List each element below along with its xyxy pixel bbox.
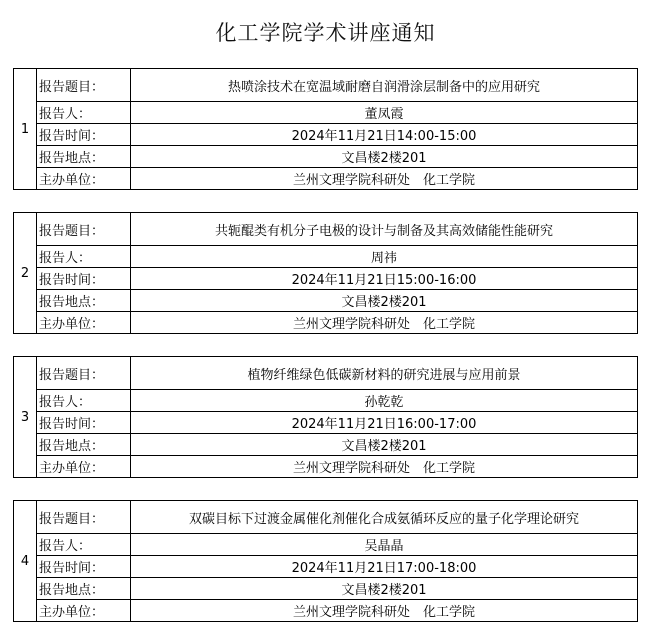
time-value: 2024年11月21日15:00-16:00 bbox=[131, 268, 638, 290]
time-label: 报告时间： bbox=[37, 268, 131, 290]
lecture-table-2: 2 报告题目： 共轭醌类有机分子电极的设计与制备及其高效储能性能研究 报告人： … bbox=[13, 212, 638, 334]
time-label: 报告时间： bbox=[37, 412, 131, 434]
topic-label: 报告题目： bbox=[37, 69, 131, 102]
organizer-value: 兰州文理学院科研处 化工学院 bbox=[131, 600, 638, 622]
location-label: 报告地点： bbox=[37, 434, 131, 456]
lecture-number: 4 bbox=[14, 501, 37, 622]
lecture-table-1: 1 报告题目： 热喷涂技术在宽温域耐磨自润滑涂层制备中的应用研究 报告人： 董凤… bbox=[13, 68, 638, 190]
speaker-value: 董凤霞 bbox=[131, 102, 638, 124]
lecture-number: 2 bbox=[14, 213, 37, 334]
location-label: 报告地点： bbox=[37, 290, 131, 312]
lecture-table-3: 3 报告题目： 植物纤维绿色低碳新材料的研究进展与应用前景 报告人： 孙乾乾 报… bbox=[13, 356, 638, 478]
speaker-label: 报告人： bbox=[37, 246, 131, 268]
speaker-label: 报告人： bbox=[37, 102, 131, 124]
topic-value: 双碳目标下过渡金属催化剂催化合成氨循环反应的量子化学理论研究 bbox=[131, 501, 638, 534]
time-label: 报告时间： bbox=[37, 124, 131, 146]
time-value: 2024年11月21日16:00-17:00 bbox=[131, 412, 638, 434]
location-value: 文昌楼2楼201 bbox=[131, 434, 638, 456]
location-label: 报告地点： bbox=[37, 146, 131, 168]
topic-value: 植物纤维绿色低碳新材料的研究进展与应用前景 bbox=[131, 357, 638, 390]
page-title: 化工学院学术讲座通知 bbox=[0, 17, 651, 47]
location-value: 文昌楼2楼201 bbox=[131, 290, 638, 312]
topic-label: 报告题目： bbox=[37, 357, 131, 390]
organizer-label: 主办单位： bbox=[37, 600, 131, 622]
topic-value: 热喷涂技术在宽温域耐磨自润滑涂层制备中的应用研究 bbox=[131, 69, 638, 102]
lecture-number: 1 bbox=[14, 69, 37, 190]
organizer-value: 兰州文理学院科研处 化工学院 bbox=[131, 456, 638, 478]
speaker-label: 报告人： bbox=[37, 390, 131, 412]
topic-label: 报告题目： bbox=[37, 501, 131, 534]
time-value: 2024年11月21日17:00-18:00 bbox=[131, 556, 638, 578]
topic-label: 报告题目： bbox=[37, 213, 131, 246]
organizer-label: 主办单位： bbox=[37, 456, 131, 478]
organizer-label: 主办单位： bbox=[37, 312, 131, 334]
speaker-value: 周祎 bbox=[131, 246, 638, 268]
time-label: 报告时间： bbox=[37, 556, 131, 578]
time-value: 2024年11月21日14:00-15:00 bbox=[131, 124, 638, 146]
location-value: 文昌楼2楼201 bbox=[131, 146, 638, 168]
speaker-value: 吴晶晶 bbox=[131, 534, 638, 556]
location-label: 报告地点： bbox=[37, 578, 131, 600]
topic-value: 共轭醌类有机分子电极的设计与制备及其高效储能性能研究 bbox=[131, 213, 638, 246]
location-value: 文昌楼2楼201 bbox=[131, 578, 638, 600]
lecture-table-4: 4 报告题目： 双碳目标下过渡金属催化剂催化合成氨循环反应的量子化学理论研究 报… bbox=[13, 500, 638, 622]
organizer-value: 兰州文理学院科研处 化工学院 bbox=[131, 312, 638, 334]
organizer-value: 兰州文理学院科研处 化工学院 bbox=[131, 168, 638, 190]
organizer-label: 主办单位： bbox=[37, 168, 131, 190]
lecture-number: 3 bbox=[14, 357, 37, 478]
speaker-value: 孙乾乾 bbox=[131, 390, 638, 412]
speaker-label: 报告人： bbox=[37, 534, 131, 556]
